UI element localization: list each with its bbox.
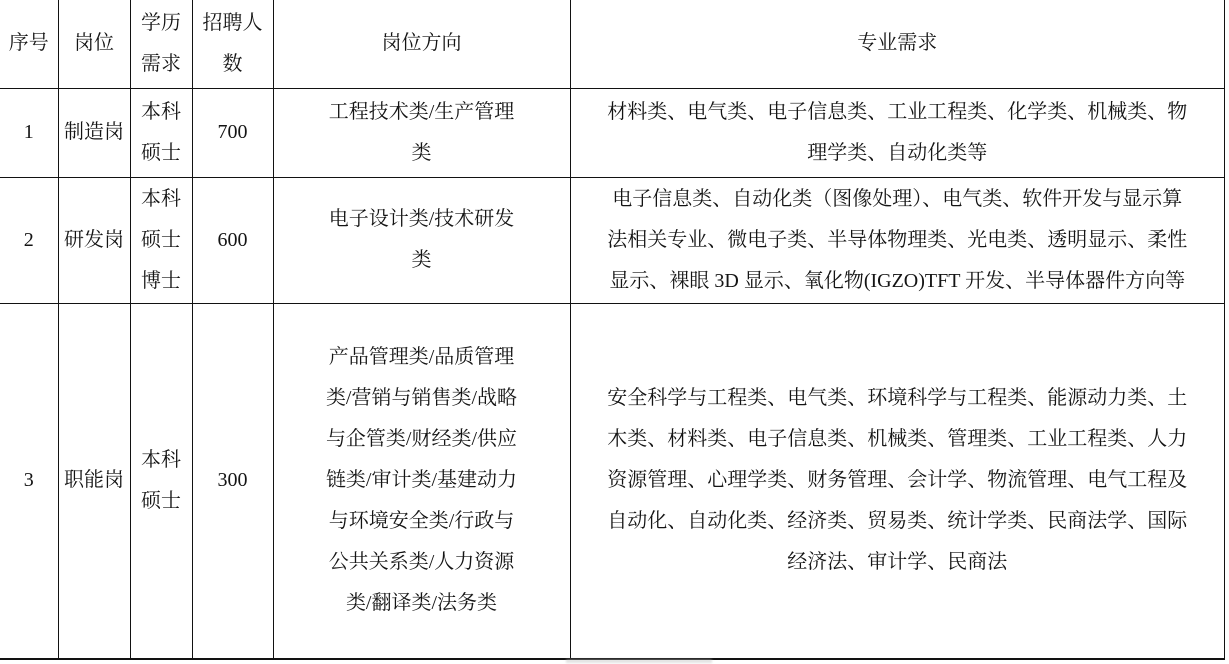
cell-serial: 1 bbox=[0, 88, 58, 177]
cell-direction: 产品管理类/品质管理 类/营销与销售类/战略 与企管类/财经类/供应 链类/审计… bbox=[273, 303, 570, 659]
cell-majors: 安全科学与工程类、电气类、环境科学与工程类、能源动力类、土 木类、材料类、电子信… bbox=[570, 303, 1225, 659]
cell-position: 制造岗 bbox=[58, 88, 130, 177]
col-header-majors: 专业需求 bbox=[570, 0, 1225, 88]
cell-headcount: 600 bbox=[192, 177, 273, 303]
cell-headcount: 700 bbox=[192, 88, 273, 177]
table-header-row: 序号 岗位 学历 需求 招聘人 数 岗位方向 专业需求 bbox=[0, 0, 1225, 88]
cell-position: 职能岗 bbox=[58, 303, 130, 659]
cell-headcount: 300 bbox=[192, 303, 273, 659]
cell-position: 研发岗 bbox=[58, 177, 130, 303]
cell-education: 本科 硕士 bbox=[130, 303, 192, 659]
cell-majors: 材料类、电气类、电子信息类、工业工程类、化学类、机械类、物 理学类、自动化类等 bbox=[570, 88, 1225, 177]
table-row: 3 职能岗 本科 硕士 300 产品管理类/品质管理 类/营销与销售类/战略 与… bbox=[0, 303, 1225, 659]
cell-majors: 电子信息类、自动化类（图像处理）、电气类、软件开发与显示算 法相关专业、微电子类… bbox=[570, 177, 1225, 303]
cell-education: 本科 硕士 bbox=[130, 88, 192, 177]
table-row: 1 制造岗 本科 硕士 700 工程技术类/生产管理 类 材料类、电气类、电子信… bbox=[0, 88, 1225, 177]
cell-direction: 工程技术类/生产管理 类 bbox=[273, 88, 570, 177]
cell-education: 本科 硕士 博士 bbox=[130, 177, 192, 303]
recruitment-table: 序号 岗位 学历 需求 招聘人 数 岗位方向 专业需求 1 制造岗 本科 硕士 … bbox=[0, 0, 1225, 660]
col-header-headcount: 招聘人 数 bbox=[192, 0, 273, 88]
col-header-serial: 序号 bbox=[0, 0, 58, 88]
cutoff-text-artifact bbox=[566, 659, 712, 663]
col-header-direction: 岗位方向 bbox=[273, 0, 570, 88]
col-header-education: 学历 需求 bbox=[130, 0, 192, 88]
col-header-position: 岗位 bbox=[58, 0, 130, 88]
cell-serial: 2 bbox=[0, 177, 58, 303]
cell-direction: 电子设计类/技术研发 类 bbox=[273, 177, 570, 303]
table-row: 2 研发岗 本科 硕士 博士 600 电子设计类/技术研发 类 电子信息类、自动… bbox=[0, 177, 1225, 303]
cell-serial: 3 bbox=[0, 303, 58, 659]
